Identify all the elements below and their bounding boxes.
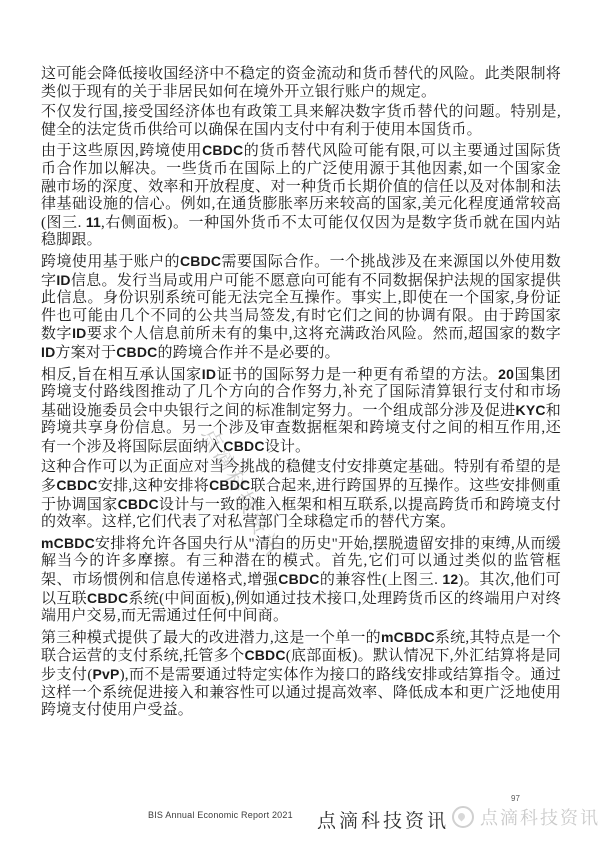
body-paragraph: mCBDC安排将允许各国央行从"清白的历史"开始,摆脱遗留安排的束缚,从而缓解当… bbox=[41, 535, 561, 626]
brand-logo-icon bbox=[452, 806, 474, 828]
publisher-brand: 点滴科技资讯 bbox=[317, 806, 449, 833]
page-footer: BIS Annual Economic Report 2021 点滴科技资讯 点… bbox=[0, 800, 600, 849]
body-paragraph: 第三种模式提供了最大的改进潜力,这是一个单一的mCBDC系统,其特点是一个联合运… bbox=[41, 629, 561, 720]
body-paragraph: 这可能会降低接收国经济中不稳定的资金流动和货币替代的风险。此类限制将类似于现有的… bbox=[41, 66, 561, 101]
page-number: 97 bbox=[511, 794, 520, 803]
document-body: 这可能会降低接收国经济中不稳定的资金流动和货币替代的风险。此类限制将类似于现有的… bbox=[41, 66, 561, 723]
body-paragraph: 这种合作可以为正面应对当今挑战的稳健支付安排奠定基础。特别有希望的是多CBDC安… bbox=[41, 459, 561, 531]
body-paragraph: 相反,旨在相互承认国家ID证书的国际努力是一种更有希望的方法。20国集团跨境支付… bbox=[41, 366, 561, 457]
document-page: { "doc": { "paragraphs": [ "这可能会降低接收国经济中… bbox=[0, 0, 600, 849]
body-paragraph: 不仅发行国,接受国经济体也有政策工具来解决数字货币替代的问题。特别是,健全的法定… bbox=[41, 104, 561, 139]
brand-watermark: 点滴科技资讯 bbox=[452, 804, 600, 830]
brand-watermark-label: 点滴科技资讯 bbox=[480, 804, 600, 830]
body-paragraph: 跨境使用基于账户的CBDC需要国际合作。一个挑战涉及在来源国以外使用数字ID信息… bbox=[41, 253, 561, 363]
report-title: BIS Annual Economic Report 2021 bbox=[148, 810, 293, 820]
body-paragraph: 由于这些原因,跨境使用CBDC的货币替代风险可能有限,可以主要通过国际货币合作加… bbox=[41, 142, 561, 250]
